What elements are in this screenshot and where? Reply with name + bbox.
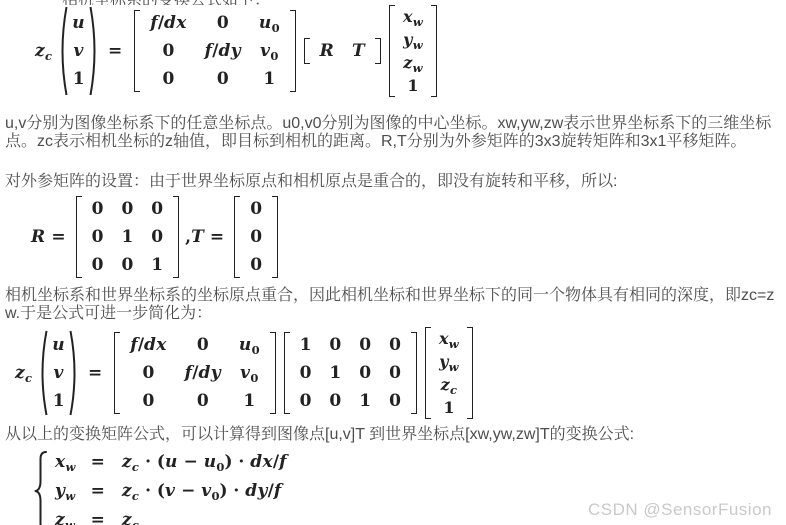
matrix-cell: 0 <box>83 255 113 275</box>
matrix-cell: 0 <box>241 255 271 275</box>
matrix-cell: 0 <box>208 69 238 89</box>
matrix-cell: f/dy <box>176 363 230 383</box>
equation-lhs: yw <box>55 481 76 501</box>
matrix-cell: u0 <box>230 335 269 355</box>
matrix-cell: 0 <box>188 391 218 411</box>
pixel-vector: uv1 <box>68 13 89 89</box>
matrix-cell: 0 <box>241 227 271 247</box>
matrix-cell: 0 <box>112 199 142 219</box>
translation-vector: 000 <box>234 196 278 278</box>
paragraph-origin-coincide: 相机坐标系和世界坐标系的坐标原点重合，因此相机坐标和世界坐标下的同一个物体具有相… <box>5 287 781 323</box>
matrix-cell: 0 <box>142 227 172 247</box>
matrix-cell: xw <box>396 8 430 25</box>
matrix-cell: u0 <box>250 13 289 33</box>
matrix-cell: 0 <box>208 13 238 33</box>
matrix-cell: 0 <box>83 227 113 247</box>
right-paren <box>69 329 80 417</box>
article-content: 相机坐标系的变换公式如下： zc uv1 = f/dx0u00f/dyv0001… <box>0 0 786 525</box>
csdn-watermark: CSDN @SensorFusion <box>588 500 772 520</box>
rotation-matrix: 000010001 <box>76 196 180 278</box>
matrix-cell: R <box>311 41 343 61</box>
matrix-cell: 0 <box>380 363 410 383</box>
equals-sign: = <box>91 452 105 472</box>
matrix-cell: 1 <box>436 399 461 416</box>
matrix-cell: 0 <box>350 335 380 355</box>
matrix-cell: 0 <box>154 69 184 89</box>
intrinsic-matrix: f/dx0u00f/dyv0001 <box>114 332 275 414</box>
matrix-cell: 1 <box>320 363 350 383</box>
equation-lhs: zw <box>55 510 76 525</box>
coefficient-zc: zc <box>35 41 52 61</box>
matrix-cell: yw <box>432 353 466 370</box>
matrix-cell: 0 <box>83 199 113 219</box>
matrix-cell: 0 <box>134 391 164 411</box>
equals-sign: = <box>91 481 105 501</box>
formula-full-projection: zc uv1 = f/dx0u00f/dyv0001 RT xwywzw1 <box>35 5 781 97</box>
matrix-cell: 1 <box>142 255 172 275</box>
matrix-cell: 1 <box>400 77 425 94</box>
equation-lhs: xw <box>55 452 76 472</box>
matrix-cell: 0 <box>241 199 271 219</box>
t-label: ,T = <box>185 227 224 247</box>
matrix-cell: 0 <box>154 41 184 61</box>
matrix-cell: 1 <box>234 391 264 411</box>
matrix-cell: 1 <box>254 69 284 89</box>
equals-sign: = <box>108 41 122 61</box>
matrix-cell: 0 <box>320 391 350 411</box>
matrix-cell: f/dy <box>196 41 250 61</box>
matrix-cell: 1 <box>112 227 142 247</box>
matrix-cell: yw <box>396 31 430 48</box>
matrix-cell: v <box>50 363 68 383</box>
formula-rt-matrices: R = 000010001 ,T = 000 <box>31 196 781 278</box>
matrix-cell: 1 <box>69 69 89 89</box>
equals-sign: = <box>88 363 102 383</box>
formula-simplified-projection: zc uv1 = f/dx0u00f/dyv0001 100001000010 … <box>15 327 781 419</box>
matrix-cell: T <box>343 41 374 61</box>
matrix-cell: 1 <box>291 335 321 355</box>
matrix-cell: zc <box>434 376 465 393</box>
matrix-cell: v0 <box>231 363 267 383</box>
matrix-cell: 0 <box>291 363 321 383</box>
world-vector: xwywzc1 <box>425 327 473 419</box>
paragraph-extrinsic-setup: 对外参矩阵的设置：由于世界坐标原点和相机原点是重合的，即没有旋转和平移，所以: <box>5 173 781 191</box>
extrinsic-rt-matrix: RT <box>304 38 381 64</box>
matrix-cell: 0 <box>112 255 142 275</box>
left-paren <box>37 329 48 417</box>
matrix-cell: u <box>68 13 89 33</box>
matrix-cell: 0 <box>188 335 218 355</box>
matrix-cell: 0 <box>350 363 380 383</box>
world-vector: xwywzw1 <box>389 5 437 97</box>
matrix-cell: f/dx <box>141 13 195 33</box>
paragraph-variable-definitions: u,v分别为图像坐标系下的任意坐标点。u0,v0分别为图像的中心坐标。xw,yw… <box>5 115 781 151</box>
equation-rhs: zc <box>120 510 139 525</box>
matrix-cell: f/dx <box>121 335 175 355</box>
matrix-cell: 1 <box>49 391 69 411</box>
coefficient-zc: zc <box>15 363 32 383</box>
projection-matrix: 100001000010 <box>284 332 417 414</box>
equation-rhs: zc · (u − u0) · dx/f <box>120 452 287 472</box>
matrix-cell: u <box>48 335 69 355</box>
matrix-cell: zw <box>396 54 430 71</box>
matrix-cell: v <box>70 41 88 61</box>
matrix-cell: 0 <box>380 335 410 355</box>
matrix-cell: 0 <box>142 199 172 219</box>
matrix-cell: 0 <box>380 391 410 411</box>
right-paren <box>89 5 100 97</box>
equation-rhs: zc · (v − v0) · dy/f <box>120 481 282 501</box>
matrix-cell: v0 <box>251 41 287 61</box>
pixel-vector: uv1 <box>48 335 69 411</box>
paragraph-transform-intro: 从以上的变换矩阵公式，可以计算得到图像点[u,v]T 到世界坐标点[xw,yw,… <box>5 426 781 444</box>
left-paren <box>57 5 68 97</box>
matrix-cell: 0 <box>134 363 164 383</box>
equals-sign: = <box>91 510 105 525</box>
matrix-cell: 0 <box>291 391 321 411</box>
r-label: R = <box>31 227 66 247</box>
matrix-cell: 1 <box>350 391 380 411</box>
matrix-cell: xw <box>432 330 466 347</box>
left-brace <box>33 450 48 525</box>
intrinsic-matrix: f/dx0u00f/dyv0001 <box>134 10 295 92</box>
equation-grid: xw = zc · (u − u0) · dx/f yw = zc · (v −… <box>55 452 287 525</box>
matrix-cell: 0 <box>320 335 350 355</box>
